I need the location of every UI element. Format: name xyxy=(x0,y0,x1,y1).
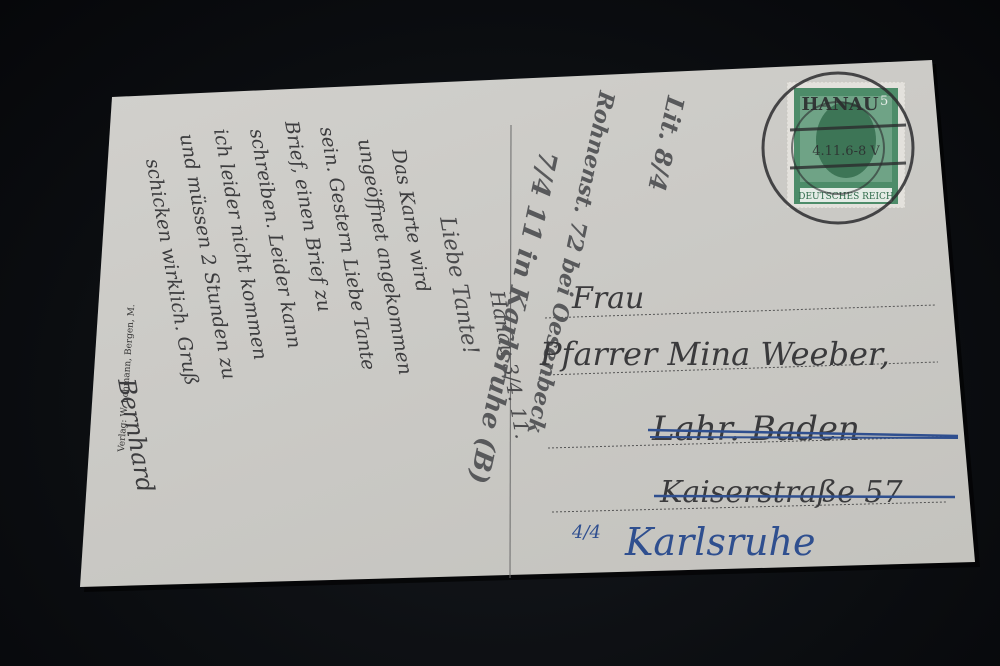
message-salutation: Liebe Tante! xyxy=(434,214,483,357)
address-new-city: Karlsruhe xyxy=(624,520,815,564)
postcard-content: DEUTSCHES REICH 5 HANAU 4.11.6-8 V Verla… xyxy=(0,0,1000,666)
postmark-town: HANAU xyxy=(801,94,878,115)
address-fraction-note: 4/4 xyxy=(571,522,601,543)
address-block: Frau Pfarrer Mina Weeber, Lahr. Baden Ka… xyxy=(539,281,958,564)
strikethrough-street xyxy=(654,496,955,497)
stamp-value: 5 xyxy=(880,94,888,109)
strikethrough-city-2 xyxy=(650,437,958,438)
address-name: Pfarrer Mina Weeber, xyxy=(539,335,890,373)
pencil-note-3: Lit. 8/4 xyxy=(642,93,691,194)
address-city-struck: Lahr. Baden xyxy=(651,409,860,449)
postmark-date: 4.11.6-8 V xyxy=(812,144,880,159)
message-block: Liebe Tante! Hanau 3/4. 11. Das Karte wi… xyxy=(112,118,535,495)
address-title: Frau xyxy=(571,281,644,316)
address-street-struck: Kaiserstraße 57 xyxy=(659,475,903,510)
